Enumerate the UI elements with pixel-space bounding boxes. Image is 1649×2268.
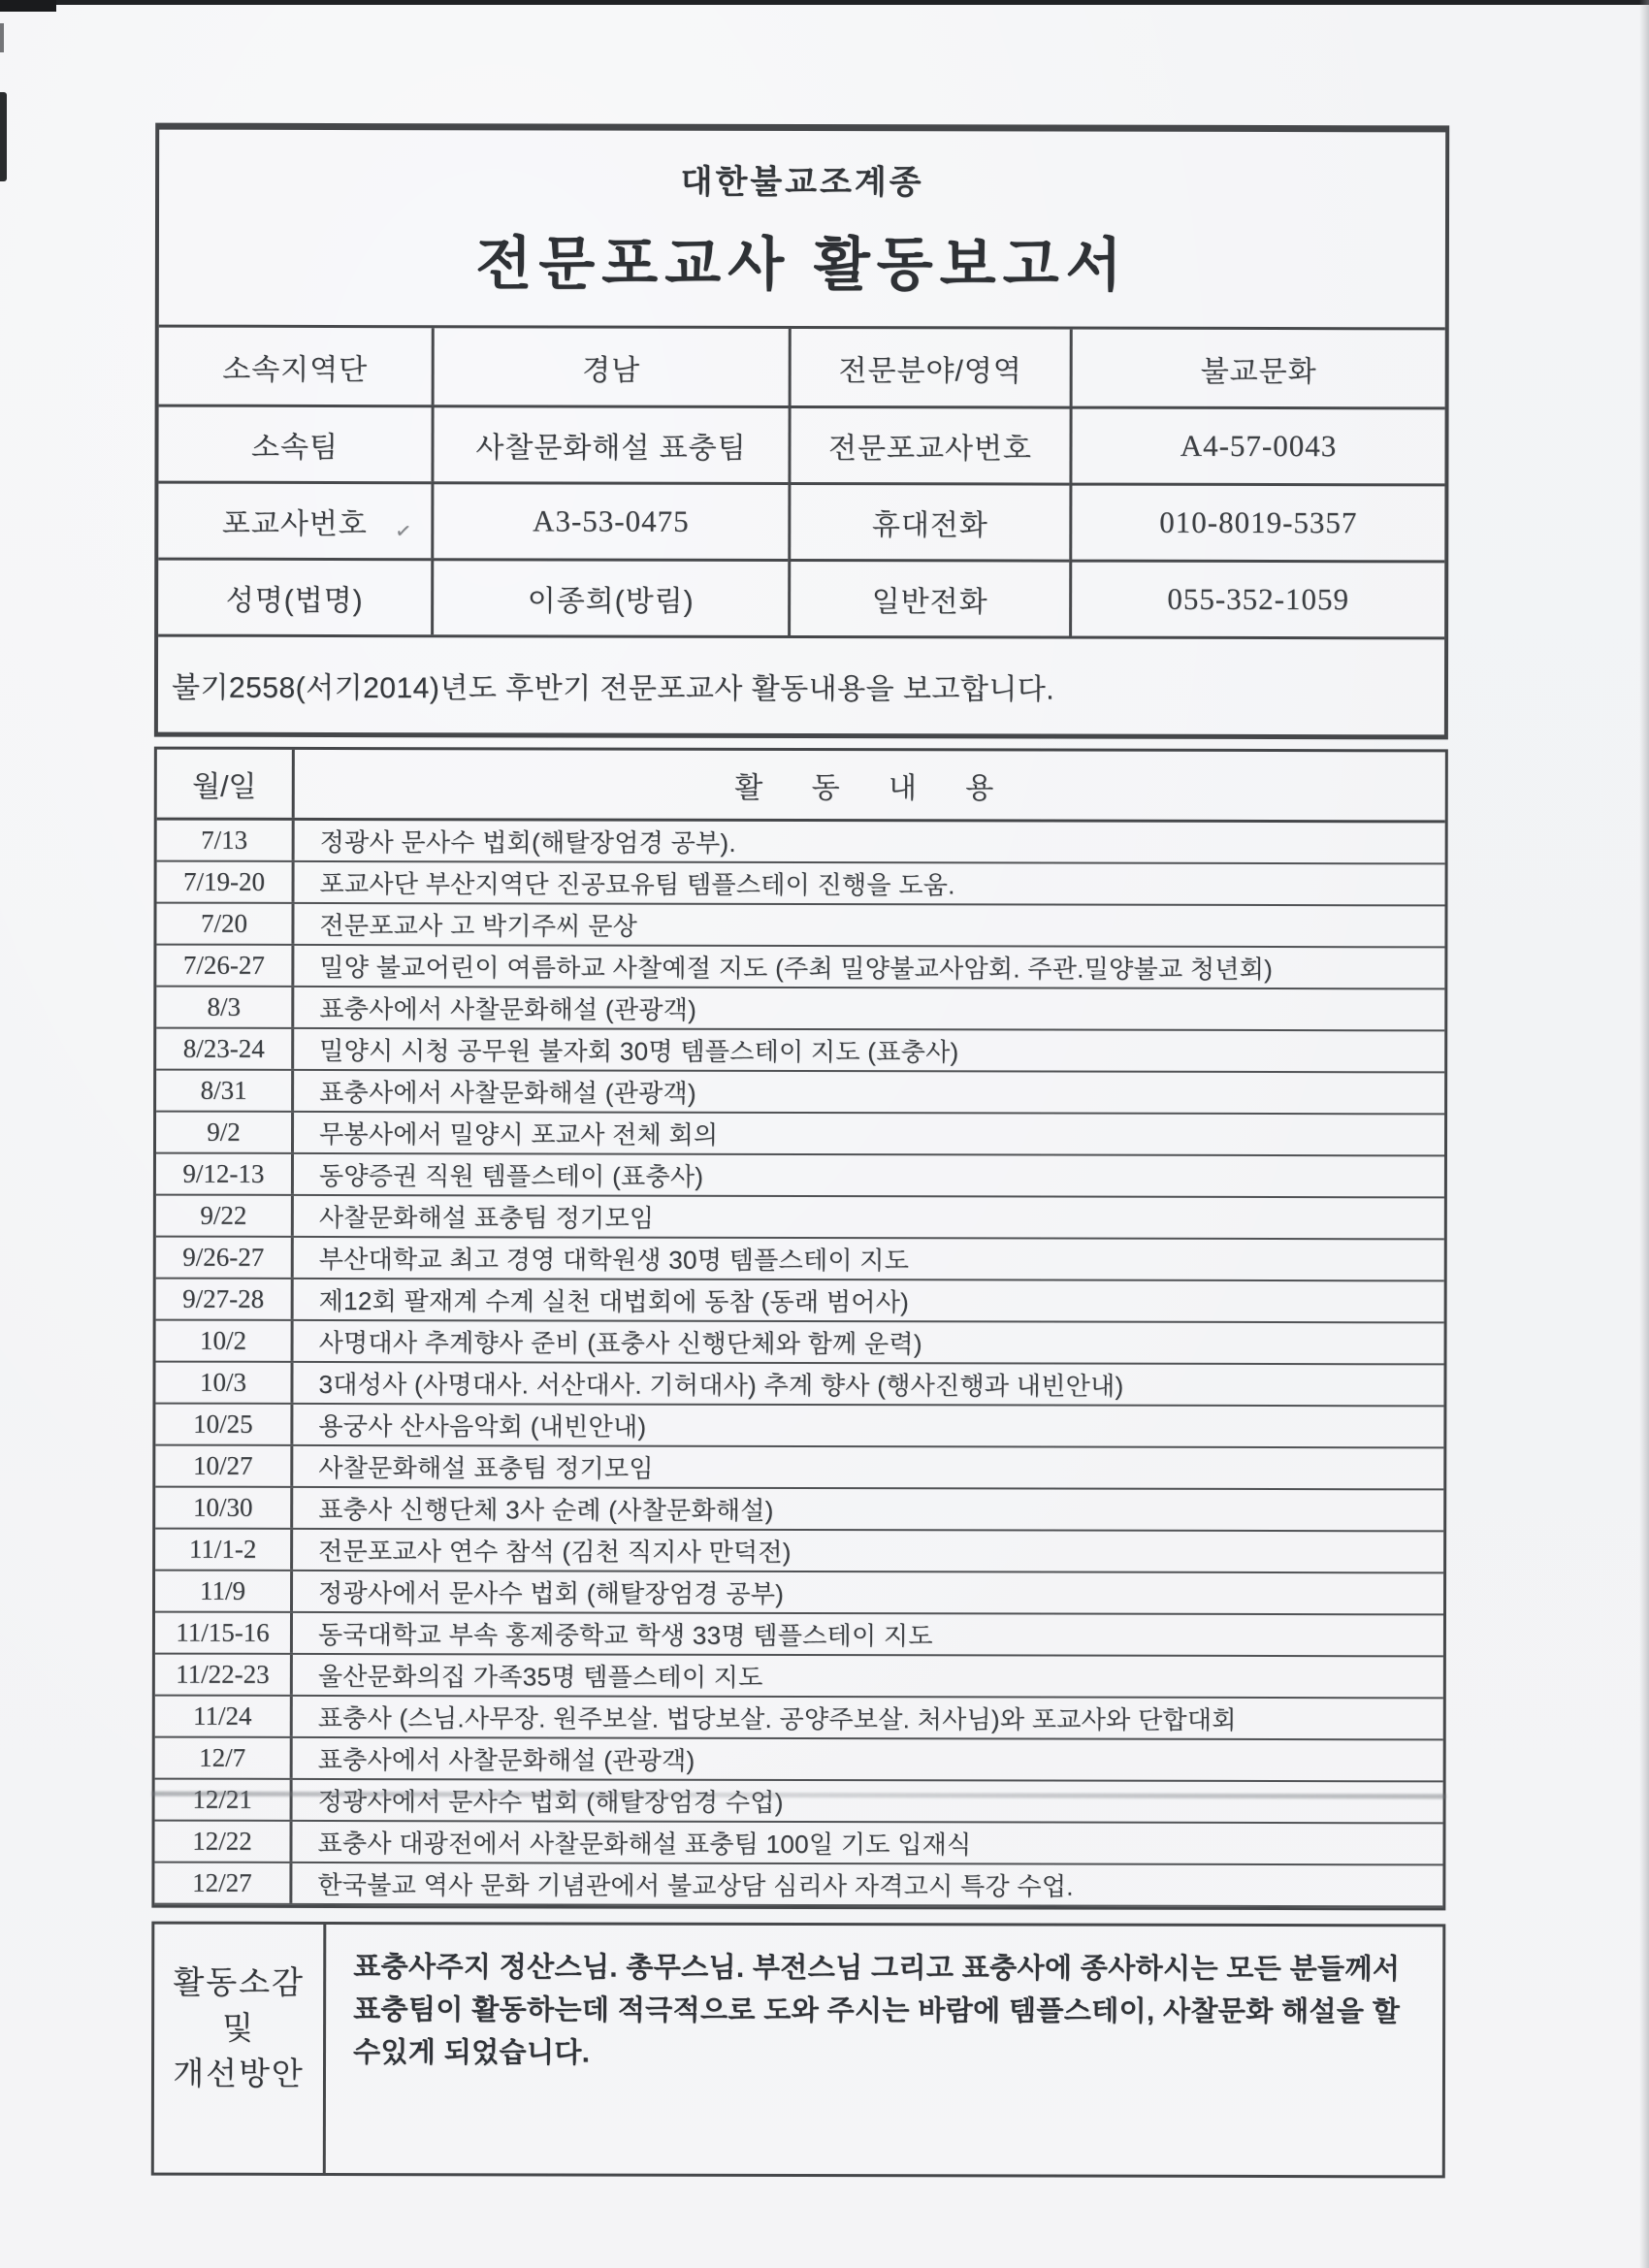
activity-content-cell: 포교사단 부산지역단 진공묘유팀 템플스테이 진행을 도움.	[295, 862, 1445, 904]
activity-content-cell: 무봉사에서 밀양시 포교사 전체 회의	[294, 1113, 1444, 1154]
scan-edge-right	[1639, 0, 1649, 2268]
activity-table: 월/일 활 동 내 용 7/13정광사 문사수 법회(해탈장엄경 공부). 7/…	[151, 747, 1448, 1911]
activity-content-cell: 용궁사 산사음악회 (내빈안내)	[293, 1405, 1443, 1446]
activity-date-cell: 11/24	[155, 1697, 293, 1736]
activity-content-cell: 3대성사 (사명대사. 서산대사. 기허대사) 추계 향사 (행사진행과 내빈안…	[293, 1363, 1443, 1405]
table-row: 12/27한국불교 역사 문화 기념관에서 불교상담 심리사 자격고시 특강 수…	[154, 1863, 1442, 1908]
column-header-content: 활 동 내 용	[295, 750, 1445, 820]
activity-date-cell: 12/22	[154, 1822, 292, 1862]
activity-content-cell: 표충사 (스님.사무장. 원주보살. 법당보살. 공양주보살. 처사님)와 포교…	[293, 1697, 1443, 1738]
activity-table-header: 월/일 활 동 내 용	[157, 750, 1445, 824]
table-row: 9/2무봉사에서 밀양시 포교사 전체 회의	[156, 1113, 1444, 1157]
header-info-table: 대한불교조계종 전문포교사 활동보고서 소속지역단 경남 전문분야/영역 불교문…	[154, 123, 1449, 740]
remarks-section: 활동소감 및 개선방안 표충사주지 정산스님. 총무스님. 부전스님 그리고 표…	[151, 1922, 1446, 2179]
table-row: 12/7표충사에서 사찰문화해설 (관광객)	[155, 1738, 1443, 1783]
table-row: 10/30표충사 신행단체 3사 순례 (사찰문화해설)	[155, 1488, 1443, 1533]
table-row: 11/9정광사에서 문사수 법회 (해탈장엄경 공부)	[155, 1571, 1443, 1616]
table-row: 9/22사찰문화해설 표충팀 정기모임	[156, 1196, 1444, 1241]
activity-date-cell: 10/2	[156, 1321, 294, 1361]
activity-content-cell: 사찰문화해설 표충팀 정기모임	[294, 1196, 1444, 1238]
activity-content-cell: 표충사 신행단체 3사 순례 (사찰문화해설)	[293, 1488, 1443, 1530]
activity-date-cell: 10/3	[155, 1363, 293, 1403]
activity-content-cell: 동국대학교 부속 홍제중학교 학생 33명 템플스테이 지도	[293, 1613, 1443, 1655]
activity-date-cell: 12/7	[155, 1738, 293, 1778]
activity-content-cell: 한국불교 역사 문화 기념관에서 불교상담 심리사 자격고시 특강 수업.	[292, 1863, 1442, 1905]
info-value-cell: 010-8019-5357	[1069, 483, 1444, 561]
activity-date-cell: 8/23-24	[156, 1029, 294, 1069]
activity-content-cell: 제12회 팔재계 수계 실천 대법회에 동참 (동래 범어사)	[294, 1280, 1444, 1321]
table-row: 8/31표충사에서 사찰문화해설 (관광객)	[156, 1071, 1444, 1116]
remarks-text: 표충사주지 정산스님. 총무스님. 부전스님 그리고 표충사에 종사하시는 모든…	[326, 1925, 1443, 2175]
table-row: 8/23-24밀양시 시청 공무원 불자회 30명 템플스테이 지도 (표충사)	[156, 1029, 1444, 1074]
activity-content-cell: 정광사 문사수 법회(해탈장엄경 공부).	[295, 821, 1445, 862]
activity-date-cell: 12/27	[154, 1863, 292, 1903]
activity-content-cell: 표충사에서 사찰문화해설 (관광객)	[293, 1738, 1443, 1780]
scan-artifact-left-small	[0, 23, 4, 52]
info-value-cell: 불교문화	[1070, 330, 1445, 407]
info-value-cell: A4-57-0043	[1069, 406, 1444, 484]
info-label-cell: 일반전화	[788, 559, 1069, 636]
scanned-report-page: ✓ 대한불교조계종 전문포교사 활동보고서 소속지역단 경남 전문분야/영역 불…	[0, 0, 1649, 2268]
info-label-cell: 휴대전화	[788, 482, 1069, 560]
table-row: 9/26-27부산대학교 최고 경영 대학원생 30명 템플스테이 지도	[156, 1238, 1444, 1282]
activity-content-cell: 표충사에서 사찰문화해설 (관광객)	[294, 988, 1444, 1029]
table-row: 8/3표충사에서 사찰문화해설 (관광객)	[156, 988, 1444, 1032]
column-header-date: 월/일	[157, 750, 295, 818]
remarks-label-line: 및	[222, 2005, 255, 2051]
activity-date-cell: 7/20	[156, 904, 294, 944]
info-value-cell: 사찰문화해설 표충팀	[431, 405, 788, 482]
scan-artifact-left	[0, 92, 7, 181]
info-label-cell: 성명(법명)	[158, 558, 431, 635]
activity-date-cell: 11/9	[155, 1571, 293, 1611]
info-value-cell: A3-53-0475	[431, 481, 788, 559]
table-row: 9/27-28제12회 팔재계 수계 실천 대법회에 동참 (동래 범어사)	[156, 1280, 1444, 1324]
table-row: 7/19-20포교사단 부산지역단 진공묘유팀 템플스테이 진행을 도움.	[157, 862, 1445, 907]
activity-date-cell: 9/27-28	[156, 1280, 294, 1319]
activity-date-cell: 10/30	[155, 1488, 293, 1528]
activity-date-cell: 7/26-27	[156, 946, 294, 986]
info-label-cell: 소속지역단	[159, 328, 432, 405]
activity-date-cell: 9/22	[156, 1196, 294, 1236]
info-value-cell: 경남	[432, 328, 789, 405]
remarks-label: 활동소감 및 개선방안	[154, 1925, 327, 2173]
activity-content-cell: 표충사 대광전에서 사찰문화해설 표충팀 100일 기도 입재식	[292, 1822, 1442, 1863]
info-label-cell: 전문포교사번호	[788, 405, 1069, 483]
info-label-cell: 소속팀	[158, 405, 431, 482]
activity-content-cell: 동양증권 직원 템플스테이 (표충사)	[294, 1154, 1444, 1196]
activity-content-cell: 전문포교사 연수 참석 (김천 직지사 만덕전)	[293, 1530, 1443, 1571]
table-row: 7/13정광사 문사수 법회(해탈장엄경 공부).	[157, 821, 1445, 865]
activity-content-cell: 정광사에서 문사수 법회 (해탈장엄경 수업)	[293, 1780, 1443, 1822]
table-row: 10/27사찰문화해설 표충팀 정기모임	[155, 1446, 1443, 1491]
activity-content-cell: 표충사에서 사찰문화해설 (관광객)	[294, 1071, 1444, 1113]
activity-date-cell: 10/25	[155, 1405, 293, 1444]
table-row: 7/20전문포교사 고 박기주씨 문상	[156, 904, 1444, 949]
activity-date-cell: 9/12-13	[156, 1154, 294, 1194]
activity-date-cell: 10/27	[155, 1446, 293, 1486]
activity-content-cell: 울산문화의집 가족35명 템플스테이 지도	[293, 1655, 1443, 1697]
report-document: ✓ 대한불교조계종 전문포교사 활동보고서 소속지역단 경남 전문분야/영역 불…	[151, 123, 1449, 2179]
activity-date-cell: 8/31	[156, 1071, 294, 1111]
activity-content-cell: 사찰문화해설 표충팀 정기모임	[293, 1446, 1443, 1488]
activity-date-cell: 9/2	[156, 1113, 294, 1152]
identity-info-grid: 소속지역단 경남 전문분야/영역 불교문화 소속팀 사찰문화해설 표충팀 전문포…	[158, 328, 1445, 637]
activity-content-cell: 부산대학교 최고 경영 대학원생 30명 템플스테이 지도	[294, 1238, 1444, 1280]
activity-content-cell: 밀양시 시청 공무원 불자회 30명 템플스테이 지도 (표충사)	[294, 1029, 1444, 1071]
activity-content-cell: 전문포교사 고 박기주씨 문상	[294, 904, 1444, 946]
title-block: 대한불교조계종 전문포교사 활동보고서	[159, 130, 1445, 331]
table-row: 12/21정광사에서 문사수 법회 (해탈장엄경 수업)	[155, 1780, 1443, 1825]
table-row: 11/1-2전문포교사 연수 참석 (김천 직지사 만덕전)	[155, 1530, 1443, 1574]
remarks-label-line: 활동소감	[173, 1960, 305, 2005]
table-row: 7/26-27밀양 불교어린이 여름하교 사찰예절 지도 (주최 밀양불교사암회…	[156, 946, 1444, 990]
scan-edge-top-left	[0, 0, 56, 12]
activity-date-cell: 8/3	[156, 988, 294, 1027]
table-row: 11/22-23울산문화의집 가족35명 템플스테이 지도	[155, 1655, 1443, 1700]
activity-content-cell: 사명대사 추계향사 준비 (표충사 신행단체와 함께 운력)	[294, 1321, 1444, 1363]
table-row: 10/25용궁사 산사음악회 (내빈안내)	[155, 1405, 1443, 1449]
table-row: 11/15-16동국대학교 부속 홍제중학교 학생 33명 템플스테이 지도	[155, 1613, 1443, 1658]
remarks-label-line: 개선방안	[173, 2051, 305, 2096]
activity-date-cell: 7/13	[157, 821, 295, 860]
info-value-cell: 055-352-1059	[1069, 560, 1444, 637]
table-row: 9/12-13동양증권 직원 템플스테이 (표충사)	[156, 1154, 1444, 1199]
report-statement: 불기2558(서기2014)년도 후반기 전문포교사 활동내용을 보고합니다.	[158, 634, 1444, 735]
activity-date-cell: 11/22-23	[155, 1655, 293, 1695]
activity-content-cell: 밀양 불교어린이 여름하교 사찰예절 지도 (주최 밀양불교사암회. 주관.밀양…	[294, 946, 1444, 988]
info-label-cell: 포교사번호	[158, 481, 431, 559]
info-label-cell: 전문분야/영역	[789, 329, 1070, 406]
activity-date-cell: 11/1-2	[155, 1530, 293, 1570]
organization-name: 대한불교조계종	[681, 155, 924, 204]
activity-content-cell: 정광사에서 문사수 법회 (해탈장엄경 공부)	[293, 1571, 1443, 1613]
table-row: 12/22표충사 대광전에서 사찰문화해설 표충팀 100일 기도 입재식	[154, 1822, 1442, 1866]
scan-edge-top	[0, 0, 1649, 5]
activity-date-cell: 12/21	[155, 1780, 293, 1820]
activity-date-cell: 11/15-16	[155, 1613, 293, 1653]
table-row: 10/2사명대사 추계향사 준비 (표충사 신행단체와 함께 운력)	[156, 1321, 1444, 1366]
table-row: 11/24표충사 (스님.사무장. 원주보살. 법당보살. 공양주보살. 처사님…	[155, 1697, 1443, 1741]
activity-date-cell: 9/26-27	[156, 1238, 294, 1278]
info-value-cell: 이종희(방림)	[431, 558, 788, 635]
activity-date-cell: 7/19-20	[157, 862, 295, 902]
scan-checkmark-artifact: ✓	[394, 518, 413, 544]
table-row: 10/33대성사 (사명대사. 서산대사. 기허대사) 추계 향사 (행사진행과…	[155, 1363, 1443, 1408]
page-title: 전문포교사 활동보고서	[475, 217, 1128, 302]
